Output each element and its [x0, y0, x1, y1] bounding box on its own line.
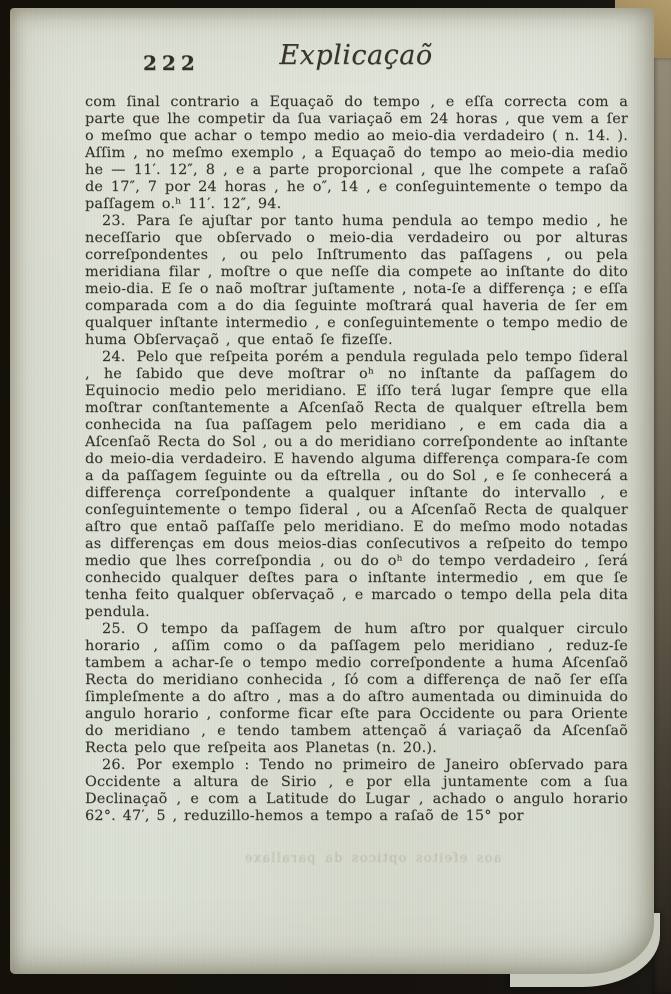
- body-text: com ſinal contrario a Equaçaõ do tempo ,…: [85, 94, 628, 825]
- paragraph-number: 26.: [102, 757, 126, 773]
- paragraph-23: 23.Para ſe ajuſtar por tanto huma pendul…: [85, 213, 628, 349]
- paragraph-25: 25.O tempo da paſſagem de hum aſtro por …: [85, 621, 628, 757]
- paragraph-number: 25.: [102, 621, 126, 637]
- paragraph-number: 23.: [102, 213, 126, 229]
- paragraph-text: com ſinal contrario a Equaçaõ do tempo ,…: [85, 94, 628, 212]
- show-through-text: aos efeitos opticos da parallaxe: [150, 851, 595, 866]
- paragraph-continuation: com ſinal contrario a Equaçaõ do tempo ,…: [85, 94, 628, 213]
- scanned-book-photo: 222 Explicaçaõ com ſinal contrario a Equ…: [0, 0, 671, 994]
- book-page: 222 Explicaçaõ com ſinal contrario a Equ…: [10, 8, 654, 974]
- paragraph-26: 26.Por exemplo : Tendo no primeiro de Ja…: [85, 757, 628, 825]
- book-fore-edge-right: [652, 58, 671, 994]
- paragraph-text: Para ſe ajuſtar por tanto huma pendula a…: [85, 213, 628, 348]
- paragraph-number: 24.: [102, 349, 126, 365]
- paragraph-text: O tempo da paſſagem de hum aſtro por qua…: [85, 621, 628, 756]
- page-header: 222 Explicaçaõ: [10, 42, 654, 86]
- paragraph-24: 24.Pelo que reſpeita porém a pendula reg…: [85, 349, 628, 621]
- running-header-title: Explicaçaõ: [279, 40, 432, 71]
- paragraph-text: Pelo que reſpeita porém a pendula regula…: [85, 349, 628, 620]
- page-number: 222: [143, 51, 200, 75]
- paragraph-text: Por exemplo : Tendo no primeiro de Janei…: [85, 757, 628, 824]
